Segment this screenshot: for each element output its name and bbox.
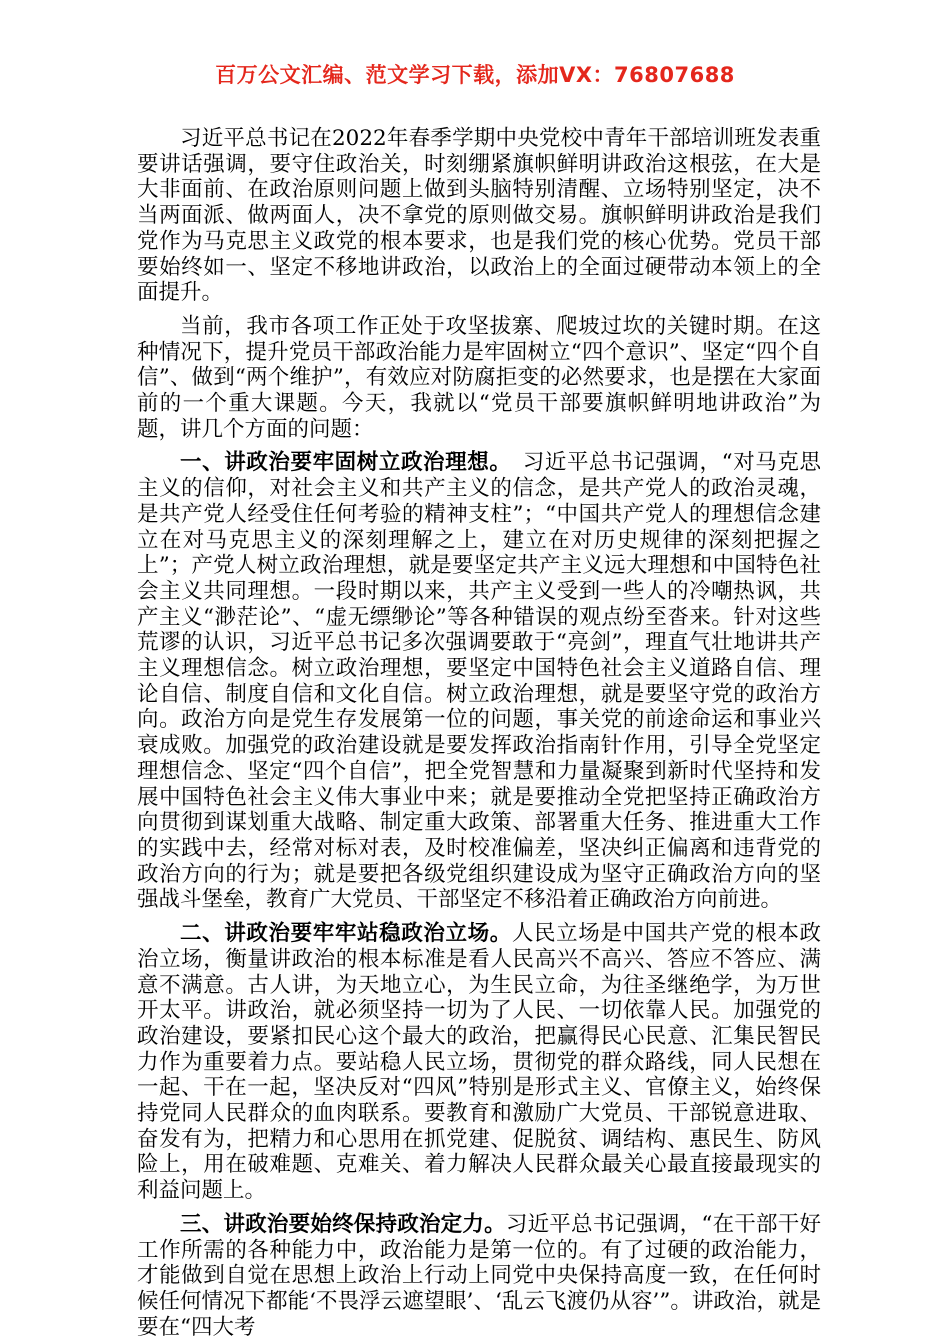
section-3-heading: 三、讲政治要始终保持政治定力。 — [180, 1212, 506, 1237]
paragraph-context-text: 当前，我市各项工作正处于攻坚拔寨、爬坡过坎的关键时期。在这种情况下，提升党员干部… — [137, 314, 821, 442]
paragraph-section-1: 一、讲政治要牢固树立政治理想。 习近平总书记强调，“对马克思主义的信仰，对社会主… — [137, 450, 821, 913]
section-1-text: 习近平总书记强调，“对马克思主义的信仰，对社会主义和共产主义的信念，是共产党人的… — [137, 450, 821, 912]
section-2-text: 人民立场是中国共产党的根本政治立场，衡量讲政治的根本标准是看人民高兴不高兴、答应… — [137, 921, 821, 1203]
section-1-heading: 一、讲政治要牢固树立政治理想。 — [180, 450, 501, 475]
document-page: 百万公文汇编、范文学习下载，添加VX：76807688 习近平总书记在2022年… — [0, 0, 950, 1344]
document-body: 习近平总书记在2022年春季学期中央党校中青年干部培训班发表重要讲话强调，要守住… — [137, 126, 821, 1344]
paragraph-context: 当前，我市各项工作正处于攻坚拔寨、爬坡过坎的关键时期。在这种情况下，提升党员干部… — [137, 314, 821, 443]
paragraph-intro: 习近平总书记在2022年春季学期中央党校中青年干部培训班发表重要讲话强调，要守住… — [137, 126, 821, 306]
section-2-heading: 二、讲政治要牢牢站稳政治立场。 — [180, 921, 512, 946]
paragraph-section-2: 二、讲政治要牢牢站稳政治立场。人民立场是中国共产党的根本政治立场，衡量讲政治的根… — [137, 921, 821, 1204]
promo-header-text: 百万公文汇编、范文学习下载，添加VX：76807688 — [0, 0, 950, 88]
paragraph-section-3: 三、讲政治要始终保持政治定力。习近平总书记强调，“在干部干好工作所需的各种能力中… — [137, 1212, 821, 1341]
paragraph-intro-text: 习近平总书记在2022年春季学期中央党校中青年干部培训班发表重要讲话强调，要守住… — [137, 126, 821, 305]
